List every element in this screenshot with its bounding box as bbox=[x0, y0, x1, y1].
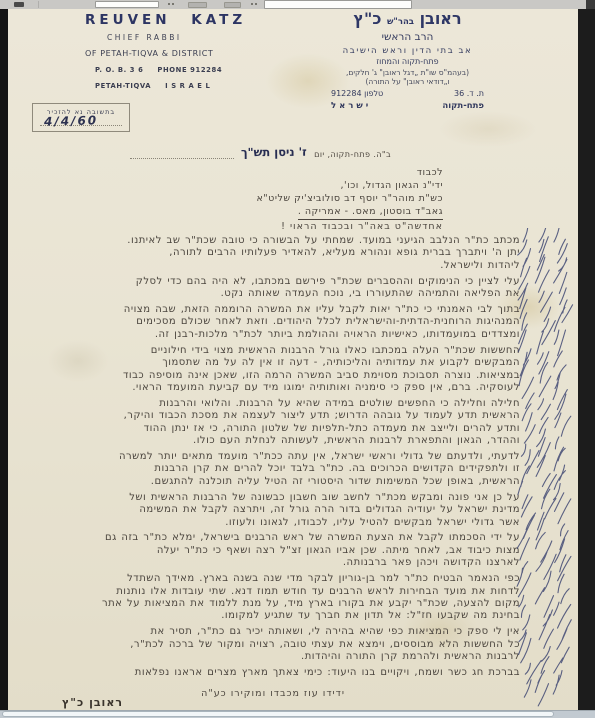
letterhead-city-he: פתח-תקוה bbox=[442, 101, 484, 111]
dateline-typed: ב"ה. פתח-תקוה, יום bbox=[314, 150, 391, 159]
letterhead-district-en: OF PETAH-TIQVA & DISTRICT bbox=[85, 49, 255, 58]
addressee-line: לכבוד bbox=[256, 166, 443, 179]
letter-paragraph: בברכת חג כשר ושמח, ויקויים בנו היעוד: כי… bbox=[16, 667, 520, 679]
toolbar-corner bbox=[586, 0, 595, 9]
letterhead-title-he: הרב הראשי bbox=[315, 31, 500, 43]
letterhead-works-line1: (בעהמ"ס שו"ת „דגל ראובן" ג' חלקים, bbox=[315, 68, 500, 77]
dateline-handwritten-date: ז' ניסן תש"ך bbox=[241, 145, 307, 160]
letterhead-district-he: פתח-תקוה והמחוז bbox=[315, 57, 500, 66]
letter-page: REUVEN KATZ CHIEF RABBI OF PETAH-TIQVA &… bbox=[8, 9, 578, 710]
letterhead-country-en: I S R A E L bbox=[165, 82, 210, 90]
addressee-line: ידי"נ הגאון הגדול, וכו', bbox=[256, 179, 443, 192]
dateline-dotted-line bbox=[130, 149, 234, 159]
letter-paragraph: החששות שכת"ר העלה במכתבו כאלו גורל הרבנו… bbox=[16, 345, 520, 395]
viewer-background-right bbox=[578, 9, 595, 710]
toolbar-button[interactable] bbox=[224, 2, 241, 8]
letterhead-phone-he: טלפון 912284 bbox=[331, 89, 383, 98]
letterhead-pob-he: ת. ד. 36 bbox=[454, 89, 484, 98]
horizontal-scrollbar-thumb[interactable] bbox=[2, 711, 554, 717]
letterhead-name-he-main: ראובן bbox=[420, 9, 462, 28]
valediction: ידידו עוז מכבדו ומוקירו כע"ה bbox=[201, 688, 345, 699]
letterhead-name-he-surname: כ"ץ bbox=[353, 9, 381, 28]
handwritten-stamp-date: 4/4/60 bbox=[44, 113, 99, 128]
letterhead-title-en: CHIEF RABBI bbox=[107, 33, 255, 42]
letterhead-works-line2: ו„דודאי ראובן" על התורה) bbox=[315, 77, 500, 86]
dateline: ב"ה. פתח-תקוה, יום ז' ניסן תש"ך bbox=[130, 145, 391, 159]
addressee-line: כש"ת מוהר"ר יוסף דב סולוביצ'יק שליט"א bbox=[256, 192, 443, 205]
margin-handwriting-icon bbox=[512, 228, 576, 710]
toolbar-divider bbox=[38, 1, 39, 8]
addressee-underlined-wrap: גאב"ד בוסטון, מאס. - אמריקה . bbox=[298, 205, 443, 220]
toolbar-button[interactable] bbox=[188, 2, 207, 8]
letterhead-country-he: י ש ר א ל bbox=[331, 101, 368, 111]
letter-paragraph: עלי לציין כי הנימוקים וההסברים שכת"ר פיר… bbox=[16, 276, 520, 301]
letter-paragraph: חלילה וחלילה כי החפשים שולטים במידה שהיא… bbox=[16, 398, 520, 448]
viewer: REUVEN KATZ CHIEF RABBI OF PETAH-TIQVA &… bbox=[0, 0, 595, 718]
toolbar-dots-icon bbox=[251, 3, 257, 5]
letterhead-english: REUVEN KATZ CHIEF RABBI OF PETAH-TIQVA &… bbox=[85, 12, 255, 90]
letterhead-pob-en: P. O. B. 3 6 bbox=[95, 66, 143, 74]
letterhead-name-he: ראובן בהר"ש כ"ץ bbox=[315, 10, 500, 31]
salutation: אחדשה"ט באה"ר ובכבוד הראוי ! bbox=[281, 221, 443, 232]
letterhead-city-en: PETAH-TIQVA bbox=[95, 82, 151, 90]
letterhead-name-en: REUVEN KATZ bbox=[85, 12, 255, 28]
letterhead-name-he-patronym: בהר"ש bbox=[387, 17, 414, 27]
toolbar-icon[interactable] bbox=[14, 2, 24, 7]
viewer-background-left bbox=[0, 9, 8, 710]
letterhead-role-he: אב בתי הדין וראש הישיבה bbox=[315, 46, 500, 56]
signature: ראובן כ"ץ bbox=[62, 696, 123, 709]
toolbar-field-large[interactable] bbox=[264, 0, 412, 9]
addressee-block: לכבודידי"נ הגאון הגדול, וכו',כש"ת מוהר"ר… bbox=[256, 166, 443, 205]
letter-paragraph: כפי הנאמר הבטיח כת"ר למר בן-גוריון לבקר … bbox=[16, 573, 520, 623]
letter-paragraph: בתוך לבי האמנתי כי כת"ר יאות לקבל עליו א… bbox=[16, 304, 520, 341]
letter-body: מכתב כת"ר הנלבב הגיעני במועד. שמחתי על ה… bbox=[16, 235, 520, 693]
letter-paragraph: מכתב כת"ר הנלבב הגיעני במועד. שמחתי על ה… bbox=[16, 235, 520, 272]
letter-paragraph: על כן אני פונה ומבקש מכת"ר לחשב שוב חשבו… bbox=[16, 492, 520, 529]
toolbar-field-small[interactable] bbox=[95, 1, 159, 8]
toolbar-dots-icon bbox=[168, 3, 174, 5]
letter-paragraph: על ידי הסכמתו לקבל את הצעת המשרה של ראש … bbox=[16, 532, 520, 569]
letterhead-phone-en: PHONE 912284 bbox=[157, 66, 222, 74]
letterhead-hebrew: ראובן בהר"ש כ"ץ הרב הראשי אב בתי הדין ור… bbox=[315, 10, 500, 111]
addressee-underlined-line: גאב"ד בוסטון, מאס. - אמריקה . bbox=[298, 205, 443, 220]
letter-paragraph: לדעתי, ולדעתם של גדולי וראשי ישראל, אין … bbox=[16, 451, 520, 488]
letter-paragraph: אין לי ספק כי המציאות כפי שהיא בהירה לי,… bbox=[16, 626, 520, 663]
